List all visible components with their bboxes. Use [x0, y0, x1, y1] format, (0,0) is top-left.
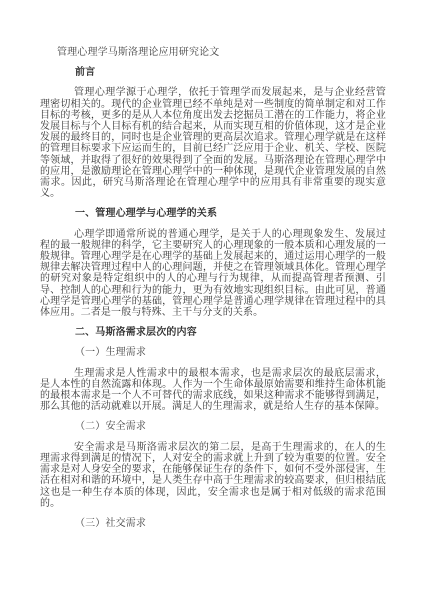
document-body: 前言管理心理学源于心理学，依托于管理学而发展起来，是与企业经营管理密切相关的。现… — [40, 67, 386, 529]
paragraph: 心理学即通常所说的普通心理学，是关于人的心理现象发生、发展过程的最一般规律的科学… — [40, 229, 386, 319]
paragraph: 安全需求是马斯洛需求层次的第二层，是高于生理需求的，在人的生理需求得到满足的情况… — [40, 442, 386, 509]
section-subheading: （二）安全需求 — [40, 421, 386, 432]
section-heading: 前言 — [40, 67, 386, 78]
section-subheading: （三）社交需求 — [40, 518, 386, 529]
paragraph: 管理心理学源于心理学，依托于管理学而发展起来，是与企业经营管理密切相关的。现代的… — [40, 87, 386, 199]
paragraph: 生理需求是人性需求中的最根本需求，也是需求层次的最底层需求，是人本性的自然流露和… — [40, 368, 386, 413]
section-subheading: （一）生理需求 — [40, 347, 386, 358]
section-heading: 二、马斯洛需求层次的内容 — [40, 327, 386, 338]
document-title: 管理心理学马斯洛理论应用研究论文 — [40, 47, 386, 58]
section-heading: 一、管理心理学与心理学的关系 — [40, 208, 386, 219]
document-page: 管理心理学马斯洛理论应用研究论文 前言管理心理学源于心理学，依托于管理学而发展起… — [0, 0, 424, 600]
